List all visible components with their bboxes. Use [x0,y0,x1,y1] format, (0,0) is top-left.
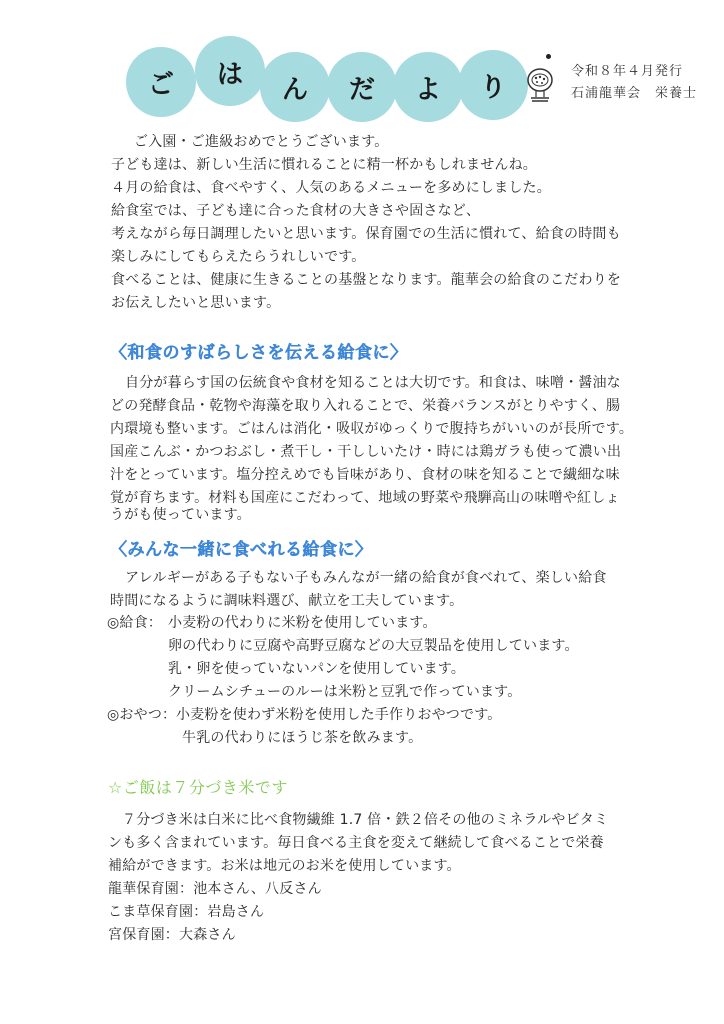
body-line: 内環境も整います。ごはんは消化・吸収がゆっくりで腹持ちがいいのが長所です。 [110,419,633,439]
list-label-snack: ◎おやつ： [107,705,176,725]
list-item: 牛乳の代わりにほうじ茶を飲みます。 [182,728,422,748]
decorative-dot [546,54,551,59]
title-char: り [480,67,506,104]
body-line: 補給ができます。お米は地元のお米を使用しています。 [108,856,461,876]
intro-line: 考えながら毎日調理したいと思います。保育園での生活に慣れて、給食の時間も [111,224,621,244]
title-char: ん [282,69,308,106]
body-line: 汁をとっています。塩分控えめでも旨味があり、食材の味を知ることで繊細な味 [110,465,620,485]
body-line: 自分が暮らす国の伝統食や食材を知ることは大切です。和食は、味噌・醤油な [125,373,621,393]
rice-bowl-character-icon [526,66,554,104]
section-title-allergy: 〈みんな一緒に食べれる給食に〉 [110,535,373,560]
intro-line: 食べることは、健康に生きることの基盤となります。龍華会の給食のこだわりを [111,270,621,290]
issuer: 石浦龍華会 栄養士 [571,82,697,101]
list-item: 乳・卵を使っていないパンを使用しています。 [168,659,465,679]
issue-date: 令和８年４月発行 [571,60,683,79]
list-item: 小麦粉を使わず米粉を使用した手作りおやつです。 [176,705,501,725]
list-item: 卵の代わりに豆腐や高野豆腐などの大豆製品を使用しています。 [168,636,579,656]
body-line: アレルギーがある子もない子もみんなが一緒の給食が食べれて、楽しい給食 [125,568,607,588]
intro-line: ご入園・ご進級おめでとうございます。 [134,132,388,152]
body-line: どの発酵食品・乾物や海藻を取り入れることで、栄養バランスがとりやすく、腸 [110,396,620,416]
title-char: だ [349,69,375,106]
body-line: 時間になるように調味料選び、献立を工夫しています。 [110,591,463,611]
title-bubble: り [458,50,528,120]
section-title-washoku: 〈和食のすばらしさを伝える給食に〉 [110,338,408,363]
title-bubble: よ [393,52,463,122]
supplier-line: 龍華保育園：池本さん、八反さん [108,879,322,899]
intro-line: 楽しみにしてもらえたらうれしいです。 [111,247,365,267]
list-item: クリームシチューのルーは米粉と豆乳で作っています。 [168,682,521,702]
list-label-lunch: ◎給食： [107,613,162,633]
list-item: 小麦粉の代わりに米粉を使用しています。 [168,613,437,633]
section-title-rice: ☆ご飯は７分づき米です [108,775,288,798]
body-line: ンも多く含まれています。毎日食べる主食を変えて継続して食べることで栄養 [108,833,604,853]
intro-line: ４月の給食は、食べやすく、人気のあるメニューを多めにしました。 [111,178,551,198]
title-bubble: ん [260,52,330,122]
supplier-line: 宮保育園：大森さん [108,925,236,945]
title-char: は [217,54,243,91]
intro-line: 子ども達は、新しい生活に慣れることに精一杯かもしれませんね。 [111,155,537,175]
title-char: よ [415,69,441,106]
title-bubble: だ [327,52,397,122]
intro-line: 給食室では、子ども達に合った食材の大きさや固さなど、 [111,201,480,221]
supplier-line: こま草保育園：岩島さん [108,902,264,922]
title-char: ご [148,64,174,101]
intro-line: お伝えしたいと思います。 [111,293,280,313]
body-line: 国産こんぶ・かつおぶし・煮干し・干ししいたけ・時には鶏ガラも使って濃い出 [110,442,621,462]
body-line: うがも使っています。 [110,505,251,525]
title-bubble: ご [126,47,196,117]
title-bubble: は [195,36,265,106]
body-line: ７分づき米は白米に比べ食物繊維 1.7 倍・鉄２倍その他のミネラルやビタミ [122,810,608,830]
